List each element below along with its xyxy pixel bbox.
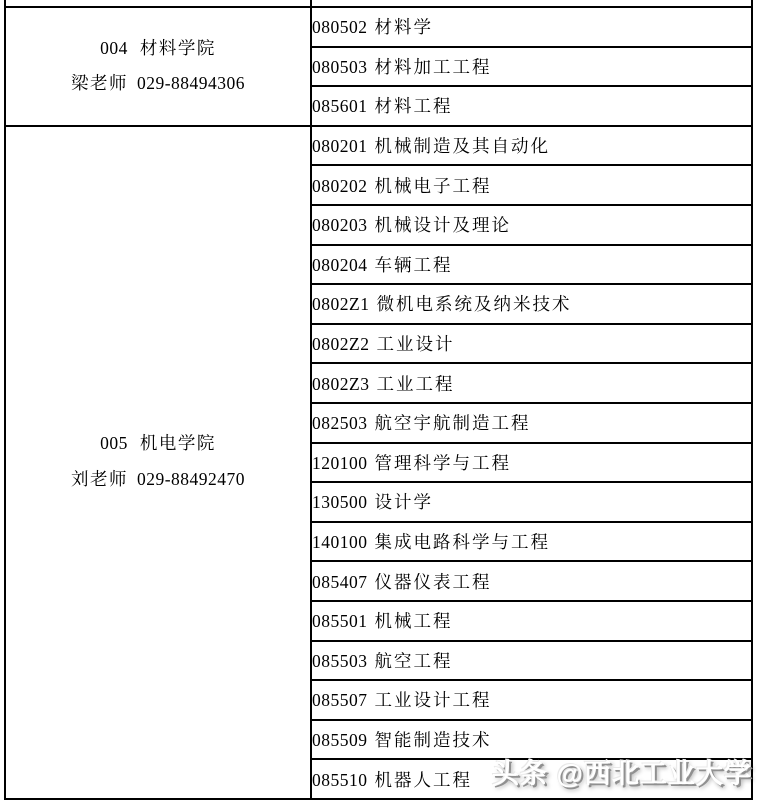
program-code: 085601 — [312, 96, 368, 116]
program-name: 材料学 — [375, 17, 434, 37]
program-cell: 080502材料学 — [311, 7, 752, 47]
program-code: 080204 — [312, 255, 368, 275]
department-name: 机电学院 — [140, 433, 216, 453]
empty-cell — [311, 0, 752, 7]
program-name: 机械设计及理论 — [375, 215, 512, 235]
program-name: 智能制造技术 — [375, 730, 492, 750]
table-row: 004材料学院 梁老师029-88494306 080502材料学 — [5, 7, 752, 47]
program-name: 管理科学与工程 — [375, 453, 512, 473]
table-row-partial — [5, 0, 752, 7]
department-code: 005 — [100, 433, 128, 453]
program-cell: 080503材料加工工程 — [311, 47, 752, 87]
department-contact: 梁老师029-88494306 — [6, 66, 310, 102]
program-code: 0802Z3 — [312, 374, 369, 394]
program-name: 车辆工程 — [375, 255, 453, 275]
empty-cell — [5, 0, 311, 7]
program-name: 机械工程 — [375, 611, 453, 631]
department-title: 004材料学院 — [6, 31, 310, 67]
program-code: 0802Z1 — [312, 294, 369, 314]
table-row: 005机电学院 刘老师029-88492470 080201机械制造及其自动化 — [5, 126, 752, 166]
program-code: 120100 — [312, 453, 368, 473]
program-code: 140100 — [312, 532, 368, 552]
program-name: 设计学 — [375, 492, 434, 512]
program-cell: 120100管理科学与工程 — [311, 443, 752, 483]
program-cell: 080202机械电子工程 — [311, 165, 752, 205]
toutiao-watermark: 头条 @西北工业大学 — [492, 752, 752, 791]
admissions-table: 004材料学院 梁老师029-88494306 080502材料学 080503… — [4, 0, 753, 800]
program-cell: 085407仪器仪表工程 — [311, 561, 752, 601]
program-code: 0802Z2 — [312, 334, 369, 354]
document-page: 004材料学院 梁老师029-88494306 080502材料学 080503… — [0, 0, 757, 801]
program-code: 085407 — [312, 572, 368, 592]
program-name: 机械制造及其自动化 — [375, 136, 551, 156]
program-name: 材料加工工程 — [375, 57, 492, 77]
program-code: 085501 — [312, 611, 368, 631]
program-name: 材料工程 — [375, 96, 453, 116]
program-name: 机器人工程 — [375, 770, 473, 790]
program-code: 080201 — [312, 136, 368, 156]
program-name: 工业设计 — [376, 334, 454, 354]
department-cell: 005机电学院 刘老师029-88492470 — [5, 126, 311, 799]
contact-person: 刘老师 — [71, 469, 128, 489]
program-code: 080203 — [312, 215, 368, 235]
program-cell: 130500设计学 — [311, 482, 752, 522]
program-cell: 080203机械设计及理论 — [311, 205, 752, 245]
program-code: 080503 — [312, 57, 368, 77]
program-cell: 140100集成电路科学与工程 — [311, 522, 752, 562]
contact-phone: 029-88494306 — [137, 73, 245, 93]
program-code: 085510 — [312, 770, 368, 790]
program-name: 航空宇航制造工程 — [375, 413, 531, 433]
program-name: 工业工程 — [376, 374, 454, 394]
department-contact: 刘老师029-88492470 — [6, 462, 310, 498]
program-cell: 0802Z2工业设计 — [311, 324, 752, 364]
program-cell: 080201机械制造及其自动化 — [311, 126, 752, 166]
program-cell: 082503航空宇航制造工程 — [311, 403, 752, 443]
program-name: 航空工程 — [375, 651, 453, 671]
department-name: 材料学院 — [140, 38, 216, 58]
program-cell: 0802Z3工业工程 — [311, 363, 752, 403]
program-cell: 085601材料工程 — [311, 86, 752, 126]
program-name: 集成电路科学与工程 — [375, 532, 551, 552]
program-code: 085507 — [312, 690, 368, 710]
program-code: 085503 — [312, 651, 368, 671]
program-code: 080502 — [312, 17, 368, 37]
program-code: 130500 — [312, 492, 368, 512]
program-cell: 085503航空工程 — [311, 641, 752, 681]
contact-person: 梁老师 — [71, 73, 128, 93]
program-code: 082503 — [312, 413, 368, 433]
program-code: 085509 — [312, 730, 368, 750]
contact-phone: 029-88492470 — [137, 469, 245, 489]
department-title: 005机电学院 — [6, 426, 310, 462]
program-name: 仪器仪表工程 — [375, 572, 492, 592]
program-cell: 085501机械工程 — [311, 601, 752, 641]
department-cell: 004材料学院 梁老师029-88494306 — [5, 7, 311, 126]
program-code: 080202 — [312, 176, 368, 196]
program-name: 工业设计工程 — [375, 690, 492, 710]
program-name: 微机电系统及纳米技术 — [376, 294, 571, 314]
program-name: 机械电子工程 — [375, 176, 492, 196]
program-cell: 085507工业设计工程 — [311, 680, 752, 720]
department-code: 004 — [100, 38, 128, 58]
program-cell: 080204车辆工程 — [311, 245, 752, 285]
program-cell: 0802Z1微机电系统及纳米技术 — [311, 284, 752, 324]
